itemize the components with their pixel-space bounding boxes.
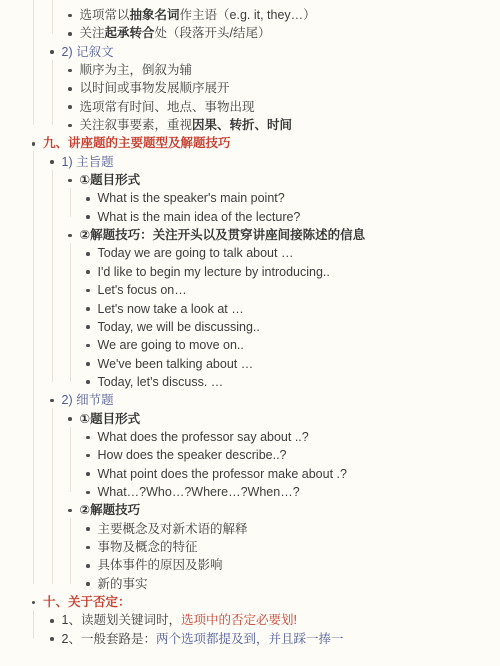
text-segment: Today we are going to talk about …: [98, 246, 294, 260]
text-segment: What is the speaker's main point?: [98, 191, 285, 205]
outline-row-text: 关注叙事要素，重视因果、转折、时间: [0, 116, 500, 134]
bullet-icon[interactable]: [68, 124, 72, 128]
bullet-icon[interactable]: [50, 160, 54, 164]
outline-row-text: 具体事件的原因及影响: [0, 556, 500, 574]
outline-row[interactable]: 1) 主旨题: [0, 153, 500, 171]
text-segment: 选项常以: [80, 8, 130, 22]
bullet-icon[interactable]: [68, 179, 72, 183]
bullet-icon[interactable]: [86, 472, 90, 476]
text-segment: 关注: [80, 26, 105, 40]
text-segment: What is the main idea of the lecture?: [98, 210, 301, 224]
bullet-icon[interactable]: [68, 417, 72, 421]
text-segment: 顺序为主，倒叙为辅: [80, 63, 193, 77]
bullet-icon[interactable]: [86, 564, 90, 568]
text-segment: 作主语（e.g. it, they…）: [180, 8, 316, 22]
bullet-icon[interactable]: [86, 325, 90, 329]
outline-row-text: 关注起承转合处（段落开头/结尾）: [0, 24, 500, 42]
outline-row-text: Today, we will be discussing..: [0, 318, 500, 336]
text-segment: 十、关于否定：: [43, 595, 131, 609]
bullet-icon[interactable]: [50, 619, 54, 623]
outline-row-text: 1、读题划关键词时，选项中的否定必要划!: [0, 611, 500, 629]
text-segment: 主要概念及对新术语的解释: [98, 522, 248, 536]
outline-row-text: 新的事实: [0, 575, 500, 593]
outline-row[interactable]: 主要概念及对新术语的解释: [0, 520, 500, 538]
text-segment: Today, let's discuss. …: [98, 375, 224, 389]
outline-row[interactable]: Let's now take a look at …: [0, 300, 500, 318]
outline-row-text: 以时间或事物发展顺序展开: [0, 79, 500, 97]
outline-row-text: 事物及概念的特征: [0, 538, 500, 556]
text-segment: 1、读题划关键词时，: [62, 613, 181, 627]
outline-row[interactable]: Today, let's discuss. …: [0, 373, 500, 391]
bullet-icon[interactable]: [86, 436, 90, 440]
bullet-icon[interactable]: [86, 215, 90, 219]
outline-row[interactable]: We've been talking about …: [0, 355, 500, 373]
outline-row-text: I'd like to begin my lecture by introduc…: [0, 263, 500, 281]
bullet-icon[interactable]: [50, 637, 54, 641]
outline-row[interactable]: What…?Who…?Where…?When…?: [0, 483, 500, 501]
outline-row-text: We are going to move on..: [0, 336, 500, 354]
outline-row-text: What point does the professor make about…: [0, 465, 500, 483]
outline-row-text: How does the speaker describe..?: [0, 446, 500, 464]
outline-row[interactable]: ①题目形式: [0, 171, 500, 189]
bullet-icon[interactable]: [68, 105, 72, 109]
text-segment: Today, we will be discussing..: [98, 320, 260, 334]
text-segment: 以时间或事物发展顺序展开: [80, 81, 230, 95]
text-segment: 2) 记叙文: [62, 45, 114, 59]
outline-row[interactable]: What is the speaker's main point?: [0, 189, 500, 207]
text-segment: How does the speaker describe..?: [98, 448, 287, 462]
bullet-icon[interactable]: [86, 527, 90, 531]
outline-row[interactable]: 选项常以抽象名词作主语（e.g. it, they…）: [0, 6, 500, 24]
bullet-icon[interactable]: [86, 307, 90, 311]
text-segment: We've been talking about …: [98, 357, 254, 371]
text-segment: Let's now take a look at …: [98, 302, 244, 316]
outline-row-text: 十、关于否定：: [0, 593, 500, 611]
outline-row-text: 主要概念及对新术语的解释: [0, 520, 500, 538]
outline-row[interactable]: How does the speaker describe..?: [0, 446, 500, 464]
outline-row-text: 选项常以抽象名词作主语（e.g. it, they…）: [0, 6, 500, 24]
outline-row-text: 1) 主旨题: [0, 153, 500, 171]
bullet-icon[interactable]: [86, 362, 90, 366]
outline-row-text: What is the main idea of the lecture?: [0, 208, 500, 226]
outline-row[interactable]: What does the professor say about ..?: [0, 428, 500, 446]
text-segment: 事物及概念的特征: [98, 540, 198, 554]
text-segment: Let's focus on…: [98, 283, 187, 297]
text-segment: What…?Who…?Where…?When…?: [98, 485, 300, 499]
note-page: { "page": { "background": "#fdfcf6", "co…: [0, 0, 500, 666]
outline-row-text: ②解题技巧：关注开头以及贯穿讲座间接陈述的信息: [0, 226, 500, 244]
text-segment: 起承转合: [105, 26, 155, 40]
outline-row-text: Today we are going to talk about …: [0, 244, 500, 262]
bullet-icon[interactable]: [86, 582, 90, 586]
outline-row-text: ②解题技巧: [0, 501, 500, 519]
outline-row-text: 九、讲座题的主要题型及解题技巧: [0, 134, 500, 152]
text-segment: 两个选项都提及到，并且踩一捧一: [156, 632, 344, 646]
outline-row-text: 2、一般套路是：两个选项都提及到，并且踩一捧一: [0, 630, 500, 648]
bullet-icon[interactable]: [68, 14, 72, 18]
bullet-icon[interactable]: [32, 142, 36, 146]
outline-row[interactable]: Today, we will be discussing..: [0, 318, 500, 336]
text-segment: 处（段落开头/结尾）: [155, 26, 271, 40]
outline-row[interactable]: 顺序为主，倒叙为辅: [0, 61, 500, 79]
outline-row-text: What…?Who…?Where…?When…?: [0, 483, 500, 501]
text-segment: 因果、转折、时间: [192, 118, 292, 132]
outline-list: 选项常以抽象名词作主语（e.g. it, they…）关注起承转合处（段落开头/…: [0, 6, 500, 648]
text-segment: ①题目形式: [80, 173, 141, 187]
outline-row[interactable]: 以时间或事物发展顺序展开: [0, 79, 500, 97]
text-segment: I'd like to begin my lecture by introduc…: [98, 265, 330, 279]
outline-row[interactable]: 九、讲座题的主要题型及解题技巧: [0, 134, 500, 152]
text-segment: What point does the professor make about…: [98, 467, 347, 481]
outline-row[interactable]: 关注起承转合处（段落开头/结尾）: [0, 24, 500, 42]
text-segment: 选项中的否定必要划!: [181, 613, 297, 627]
text-segment: ②解题技巧：关注开头以及贯穿讲座间接陈述的信息: [80, 228, 366, 242]
bullet-icon[interactable]: [86, 491, 90, 495]
outline-row-text: Let's now take a look at …: [0, 300, 500, 318]
outline-row-text: 2) 细节题: [0, 391, 500, 409]
outline-row-text: We've been talking about …: [0, 355, 500, 373]
text-segment: 新的事实: [98, 577, 148, 591]
text-segment: 抽象名词: [130, 8, 180, 22]
outline-row-text: 顺序为主，倒叙为辅: [0, 61, 500, 79]
outline-row-text: ①题目形式: [0, 410, 500, 428]
outline-row-text: 选项常有时间、地点、事物出现: [0, 98, 500, 116]
outline-row[interactable]: 十、关于否定：: [0, 593, 500, 611]
text-segment: 关注叙事要素，重视: [80, 118, 193, 132]
outline-row[interactable]: ②解题技巧：关注开头以及贯穿讲座间接陈述的信息: [0, 226, 500, 244]
bullet-icon[interactable]: [50, 50, 54, 54]
outline-row[interactable]: ①题目形式: [0, 410, 500, 428]
text-segment: 具体事件的原因及影响: [98, 558, 223, 572]
bullet-icon[interactable]: [86, 546, 90, 550]
text-segment: 1) 主旨题: [62, 155, 114, 169]
text-segment: ②解题技巧: [80, 503, 141, 517]
outline-row[interactable]: 选项常有时间、地点、事物出现: [0, 98, 500, 116]
text-segment: 九、讲座题的主要题型及解题技巧: [43, 136, 231, 150]
bullet-icon[interactable]: [86, 252, 90, 256]
outline-row-text: Let's focus on…: [0, 281, 500, 299]
text-segment: 选项常有时间、地点、事物出现: [80, 100, 255, 114]
outline-row-text: 2) 记叙文: [0, 43, 500, 61]
outline-row[interactable]: What is the main idea of the lecture?: [0, 208, 500, 226]
bullet-icon[interactable]: [68, 32, 72, 36]
outline-row[interactable]: What point does the professor make about…: [0, 465, 500, 483]
outline-row-text: What is the speaker's main point?: [0, 189, 500, 207]
outline-row-text: What does the professor say about ..?: [0, 428, 500, 446]
outline-row-text: ①题目形式: [0, 171, 500, 189]
outline-row[interactable]: Let's focus on…: [0, 281, 500, 299]
text-segment: 2) 细节题: [62, 393, 114, 407]
outline-row[interactable]: ②解题技巧: [0, 501, 500, 519]
bullet-icon[interactable]: [68, 87, 72, 91]
text-segment: 2、一般套路是：: [62, 632, 156, 646]
bullet-icon[interactable]: [86, 270, 90, 274]
text-segment: ①题目形式: [80, 412, 141, 426]
text-segment: What does the professor say about ..?: [98, 430, 309, 444]
bullet-icon[interactable]: [86, 197, 90, 201]
outline-row[interactable]: 2) 记叙文: [0, 43, 500, 61]
outline-row[interactable]: 关注叙事要素，重视因果、转折、时间: [0, 116, 500, 134]
outline-row[interactable]: 1、读题划关键词时，选项中的否定必要划!: [0, 611, 500, 629]
outline-row[interactable]: I'd like to begin my lecture by introduc…: [0, 263, 500, 281]
outline-row[interactable]: 新的事实: [0, 575, 500, 593]
text-segment: We are going to move on..: [98, 338, 244, 352]
outline-row-text: Today, let's discuss. …: [0, 373, 500, 391]
outline-row[interactable]: 2、一般套路是：两个选项都提及到，并且踩一捧一: [0, 630, 500, 648]
outline-row[interactable]: 事物及概念的特征: [0, 538, 500, 556]
outline-row[interactable]: We are going to move on..: [0, 336, 500, 354]
outline-row[interactable]: 具体事件的原因及影响: [0, 556, 500, 574]
outline-row[interactable]: 2) 细节题: [0, 391, 500, 409]
bullet-icon[interactable]: [68, 69, 72, 73]
outline-row[interactable]: Today we are going to talk about …: [0, 244, 500, 262]
